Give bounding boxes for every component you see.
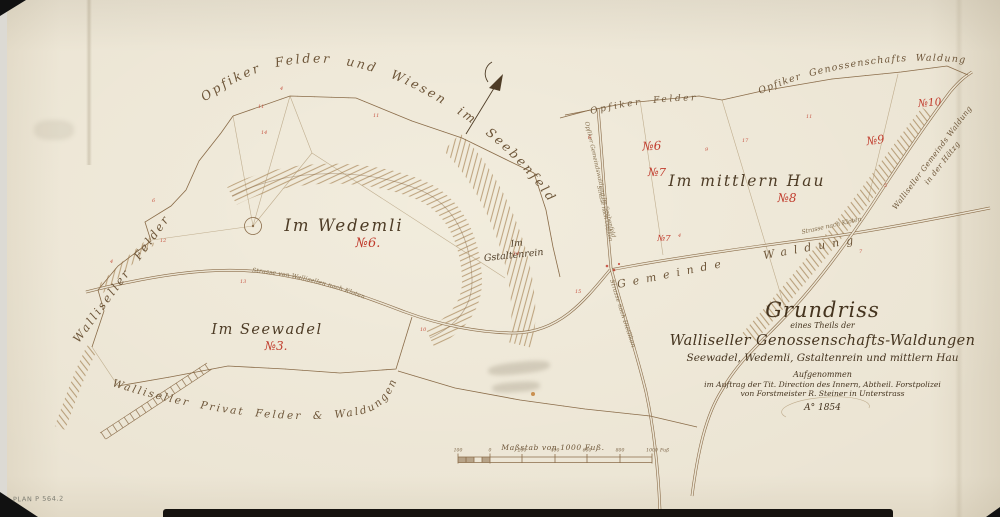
label-mittlern-hau: Im mittlern Hau	[667, 172, 825, 190]
scan-edge-strip	[0, 0, 7, 517]
parcel-no-7: №7	[647, 165, 667, 179]
map-subtitle: eines Theils der	[655, 322, 990, 330]
map-title: Grundriss	[655, 299, 990, 321]
paper-crease-right	[955, 0, 963, 517]
north-arrow-flourish	[485, 62, 492, 82]
parcel-no-7-small: №7	[656, 234, 671, 244]
label-road-kloten-long: Strasse von Wallisellen nach Kloten	[252, 267, 366, 301]
parcel-no-mittlern-hau: №8	[777, 191, 797, 205]
map-title-areas: Seewadel, Wedemli, Gstaltenrein und mitt…	[655, 353, 990, 364]
junction-mark	[613, 269, 616, 272]
label-seewadel: Im Seewadel	[210, 322, 322, 338]
parcel-no-6-top: №6	[641, 138, 662, 153]
north-arrow-head	[489, 74, 503, 91]
label-privat-felder: Walliseller Privat Felder & Waldungen	[111, 376, 400, 422]
tiny-red-number: 14	[261, 130, 267, 136]
junction-mark	[618, 263, 620, 265]
tiny-red-number: 11	[806, 114, 812, 120]
map-credit-2: im Auftrag der Tit. Direction des Innern…	[655, 381, 990, 389]
scale-tick-label: 200	[517, 448, 527, 454]
archive-label: PLAN P 564.2	[13, 495, 64, 504]
title-block: Grundriss eines Theils der Walliseller G…	[655, 299, 990, 413]
parcel-no-9: №9	[864, 132, 885, 149]
label-walliseller-felder: Walliseller Felder	[70, 212, 173, 346]
paper-spot	[531, 392, 535, 396]
junction-mark	[606, 265, 609, 268]
scale-tick-label: 600	[583, 448, 592, 454]
pencil-smudge	[34, 120, 74, 140]
tiny-red-number: 11	[373, 113, 379, 119]
map-canvas: Opfiker Felder und Wiesen im Seebenfeld …	[0, 0, 1000, 517]
tiny-red-number: 7	[859, 249, 863, 255]
tiny-red-number: 10	[420, 327, 427, 333]
tiny-red-number: 14	[513, 251, 519, 257]
label-opfiker-genossenschaft: Opfiker Genossenschafts Waldung	[757, 53, 967, 97]
survey-monument-center	[252, 225, 254, 227]
tiny-red-number: 17	[742, 138, 749, 144]
parcel-no-seewadel: №3.	[264, 339, 288, 353]
tiny-red-number: 13	[240, 279, 246, 285]
map-year: A° 1854	[655, 404, 990, 414]
paper-crease	[86, 0, 92, 165]
tiny-red-number: 6	[152, 198, 156, 204]
tiny-red-number: 4	[677, 233, 681, 239]
tiny-red-number: 11	[258, 104, 264, 110]
label-opfiker-felder: Opfiker Felder	[589, 93, 697, 116]
scale-tick-label: 400	[550, 448, 560, 454]
tiny-red-number: 12	[160, 238, 166, 244]
label-wedemli: Im Wedemli	[283, 216, 403, 235]
tiny-red-number: 5	[884, 183, 887, 189]
map-title-main: Walliseller Genossenschafts-Waldungen	[655, 334, 990, 349]
label-gstaltenrein-1: Im	[509, 238, 523, 249]
tiny-red-number: 4	[109, 259, 113, 265]
scan-strip-bottom	[163, 509, 893, 517]
tiny-red-number: 4	[279, 86, 283, 92]
map-credit-3: von Forstmeister R. Steiner in Unterstra…	[655, 390, 990, 398]
tiny-red-number: 9	[705, 147, 709, 153]
scale-bar: Maßstab von 1000 Fuß. 100020040060080010…	[454, 443, 670, 464]
scale-tick-label: 800	[616, 448, 625, 454]
scale-tick-label: 0	[489, 448, 492, 454]
map-credit-1: Aufgenommen	[655, 371, 990, 379]
scale-tick-label: 100	[454, 448, 463, 454]
map-sheet: Opfiker Felder und Wiesen im Seebenfeld …	[0, 0, 1000, 517]
tiny-red-number: 15	[575, 289, 581, 295]
scale-unit-label: Fuß	[659, 448, 669, 454]
parcel-no-10: №10	[917, 96, 943, 110]
parcel-no-wedemli: №6.	[355, 236, 381, 251]
scale-tick-label: 1000	[646, 448, 658, 454]
